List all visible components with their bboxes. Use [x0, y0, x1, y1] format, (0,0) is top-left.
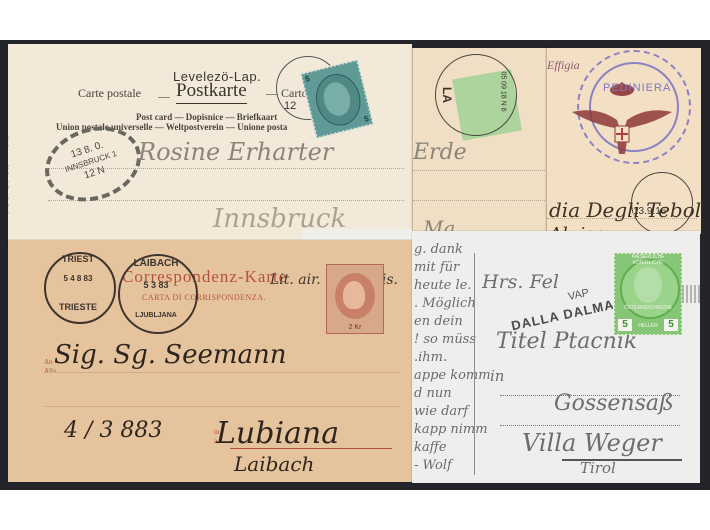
- address-line: [413, 200, 549, 201]
- handwritten-recipient: Sig. Sg. Seemann: [54, 340, 287, 370]
- postcard-white: g. dank mit für heute le. . Möglich en d…: [412, 231, 700, 483]
- portrait: [343, 281, 365, 309]
- address-line: [500, 425, 680, 426]
- handwritten-date: 4 / 3 883: [64, 418, 162, 443]
- heading-dash: —: [158, 89, 170, 104]
- slogan-cancel-top: VAP: [567, 287, 590, 303]
- address-line: [44, 372, 400, 373]
- postcard-levelezo-lap: Levelezö-Lap. Carte postale — Postkarte …: [8, 44, 412, 244]
- handwritten-message: g. dank mit für heute le. . Möglich en d…: [414, 241, 491, 475]
- heading-postkarte: Postkarte: [176, 80, 247, 104]
- address-line: [413, 170, 549, 171]
- postmark-number: 12: [284, 100, 296, 112]
- handwritten-city-alt: Laibach: [234, 452, 314, 476]
- portrait: [634, 267, 662, 303]
- heading-carte-postale: Carte postale: [78, 86, 141, 101]
- handwritten-recipient: Rosine Erharter: [138, 138, 333, 166]
- postcard-italian: Effigia PEDINIERA 13.9.16 dia Degli Tebo…: [546, 48, 701, 234]
- card-divider: [474, 253, 475, 475]
- imprinted-stamp-2kr: 2 Kr: [326, 264, 384, 334]
- handwritten-recipient: dia Degli Teboli: [549, 198, 701, 222]
- handwritten-city: Lubiana: [216, 416, 339, 451]
- stamp-5-heller-green: KAISERLICHE KÖNIGLICHE ÖSTERREICHISCHE 5…: [614, 253, 682, 335]
- postcard-correspondenz-karte: Correspondenz-Karte CARTA DI CORRISPONDE…: [8, 240, 412, 482]
- handwritten-address: Gossensaß: [554, 391, 674, 416]
- stamp-5-kreuzer-blue: 5 5: [301, 60, 373, 138]
- label-effigia: Effigia: [547, 58, 580, 73]
- handwritten-address: Villa Weger: [522, 429, 662, 457]
- handwritten-address: in: [490, 367, 504, 385]
- cancel-text: PEDINIERA: [603, 82, 671, 94]
- address-line: [48, 200, 404, 201]
- postcard-middle: LA 05 09 18 N 8 Erde Ma: [412, 48, 549, 238]
- languages-line: Post card — Dopisnice — Briefkaart: [136, 112, 277, 122]
- address-line: [44, 406, 400, 407]
- handwritten-text: Erde: [413, 140, 467, 165]
- handwritten-address: Hrs. Fel: [482, 271, 559, 293]
- handwritten-address: Tirol: [580, 459, 616, 477]
- cancel-bars: [682, 285, 700, 303]
